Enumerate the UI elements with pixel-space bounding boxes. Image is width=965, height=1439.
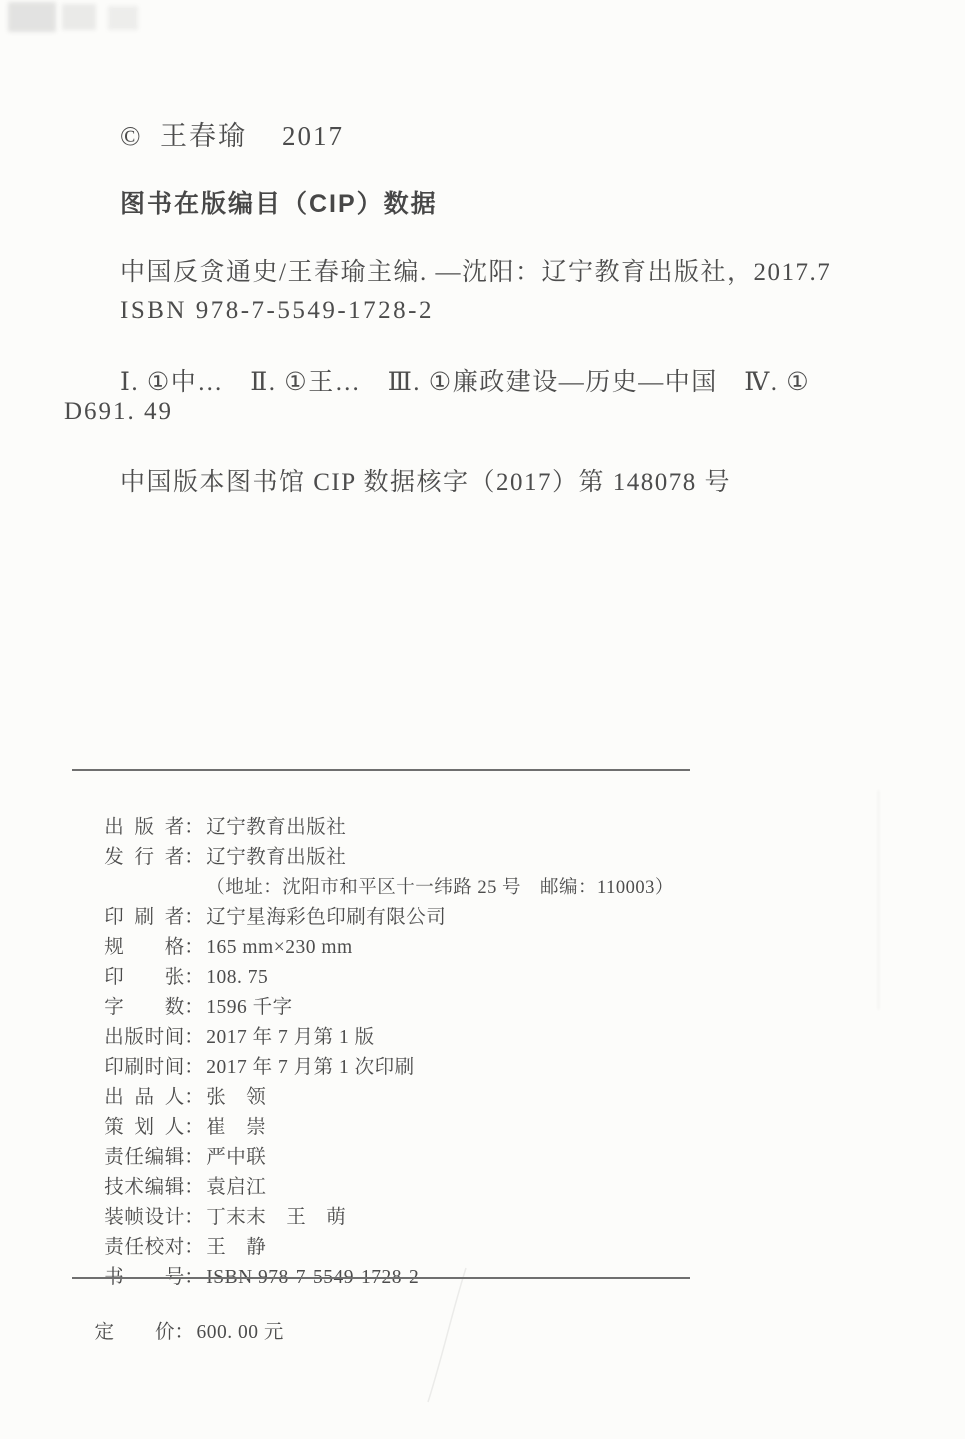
row-label: 印张	[104, 963, 184, 993]
isbn-line: ISBN 978-7-5549-1728-2	[120, 297, 434, 325]
row-value: 袁启江	[206, 1177, 266, 1198]
row-label: 定价	[95, 1318, 175, 1348]
row-value: 严中联	[206, 1147, 266, 1168]
row-label: 出品人	[104, 1083, 184, 1113]
row-colon: ：	[175, 1318, 197, 1348]
divider-top	[72, 769, 690, 771]
divider-bottom	[72, 1277, 690, 1279]
row-value: 王 静	[206, 1237, 266, 1258]
cip-classification-line: Ⅰ. ①中… Ⅱ. ①王… Ⅲ. ①廉政建设—历史—中国 Ⅳ. ①	[120, 362, 810, 398]
row-label: 出版时间	[104, 1023, 184, 1053]
row-value: 1596 千字	[206, 997, 292, 1018]
scan-artifact-mark	[8, 2, 56, 32]
row-value: 崔 崇	[206, 1117, 266, 1138]
row-value: 165 mm×230 mm	[206, 937, 352, 958]
row-colon: ：	[184, 1203, 206, 1233]
row-label: 出版者	[104, 813, 184, 843]
row-value: 辽宁教育出版社	[206, 817, 346, 838]
row-colon: ：	[184, 1113, 206, 1143]
row-colon: ：	[184, 1083, 206, 1113]
row-value: 2017 年 7 月第 1 次印刷	[206, 1057, 414, 1078]
row-value: 张 领	[206, 1087, 266, 1108]
row-colon: ：	[184, 933, 206, 963]
row-label: 责任编辑	[104, 1143, 184, 1173]
row-colon: ：	[184, 1233, 206, 1263]
row-colon: ：	[184, 1023, 206, 1053]
row-colon: ：	[184, 1173, 206, 1203]
colophon-row-publisher: 出版者：辽宁教育出版社	[75, 783, 674, 813]
colophon-table: 出版者：辽宁教育出版社 发行者：辽宁教育出版社 （地址：沈阳市和平区十一纬路 2…	[75, 783, 674, 1263]
row-value: 丁末末 王 萌	[206, 1207, 346, 1228]
cip-classification-number: D691. 49	[64, 398, 173, 426]
row-value: 108. 75	[206, 967, 268, 988]
row-value: 2017 年 7 月第 1 版	[206, 1027, 374, 1048]
row-label: 技术编辑	[104, 1173, 184, 1203]
row-label: 责任校对	[104, 1233, 184, 1263]
row-label: 印刷者	[104, 903, 184, 933]
cip-record-number: 中国版本图书馆 CIP 数据核字（2017）第 148078 号	[120, 462, 731, 498]
row-value: 辽宁教育出版社	[206, 847, 346, 868]
row-value: （地址：沈阳市和平区十一纬路 25 号 邮编：110003）	[206, 878, 674, 898]
row-colon: ：	[184, 843, 206, 873]
colophon-row-price: 定价：600. 00 元	[75, 1288, 284, 1318]
scan-artifact-mark	[108, 6, 138, 30]
scan-artifact-mark	[62, 4, 96, 30]
row-colon: ：	[184, 1053, 206, 1083]
cip-title-line: 中国反贪通史/王春瑜主编. —沈阳：辽宁教育出版社，2017.7	[120, 252, 831, 288]
row-label: 发行者	[104, 843, 184, 873]
book-copyright-page: © 王春瑜 2017 图书在版编目（CIP）数据 中国反贪通史/王春瑜主编. —…	[0, 0, 965, 1439]
row-colon: ：	[184, 903, 206, 933]
cip-header: 图书在版编目（CIP）数据	[120, 184, 438, 220]
row-label: 规格	[104, 933, 184, 963]
row-value: 辽宁星海彩色印刷有限公司	[206, 907, 446, 928]
copyright-notice: © 王春瑜 2017	[120, 114, 344, 153]
row-label: 装帧设计	[104, 1203, 184, 1233]
row-colon: ：	[184, 963, 206, 993]
row-colon: ：	[184, 993, 206, 1023]
row-value: 600. 00 元	[197, 1322, 284, 1343]
row-colon: ：	[184, 1143, 206, 1173]
scan-crease	[878, 790, 879, 1010]
row-label: 策划人	[104, 1113, 184, 1143]
row-label: 印刷时间	[104, 1053, 184, 1083]
row-colon: ：	[184, 813, 206, 843]
row-label: 字数	[104, 993, 184, 1023]
